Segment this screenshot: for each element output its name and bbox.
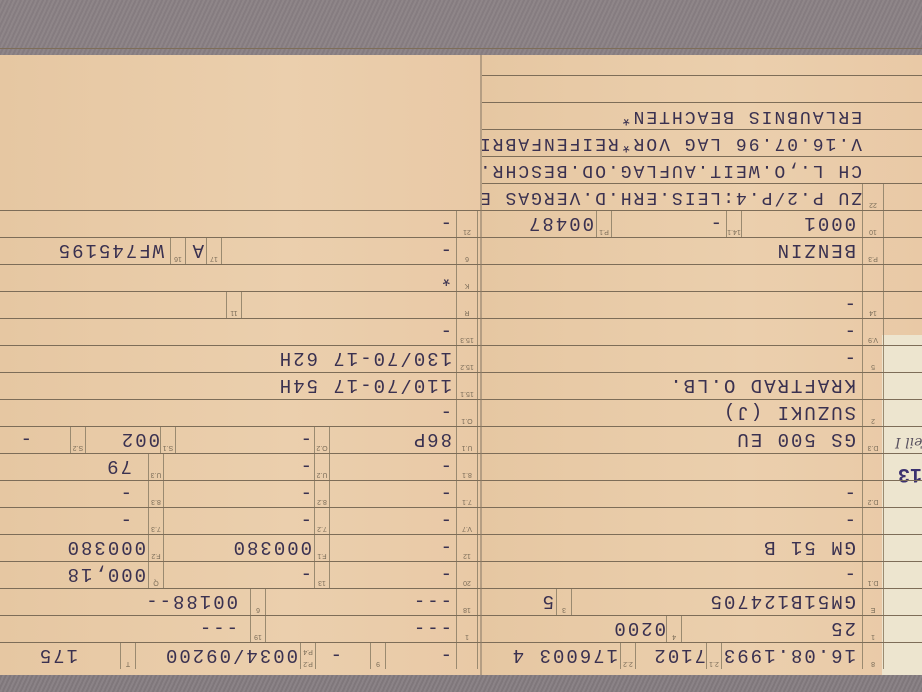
field-label: 14: [862, 292, 884, 318]
fuel-type: BENZIN: [776, 239, 856, 261]
row-blank: [482, 264, 922, 291]
field-value: -: [331, 644, 342, 666]
remarks-text: ERLAUBNIS BEACHTEN*: [619, 106, 862, 126]
field-label: O.1: [456, 400, 478, 426]
field-value: -: [441, 536, 452, 558]
engine-displacement: 00487: [527, 212, 594, 234]
document-page-left-section: - 9 - P.2 P.4 0034/09200 T 175 1 --- 19 …: [0, 55, 482, 675]
max-weight: 000380: [232, 536, 312, 558]
field-value: -: [301, 482, 312, 504]
vehicle-class: KRAFTRAD O.LB.: [668, 374, 856, 396]
vin-number: GM51B124705: [709, 590, 856, 612]
field-label: F.1: [314, 535, 330, 561]
field-label: 15.3: [456, 319, 478, 345]
max-speed: 175: [38, 644, 78, 666]
field-label: 13: [314, 562, 330, 588]
field-value: ---: [198, 617, 238, 639]
manufacturer-name: SUZUKI (J): [722, 401, 856, 423]
field-value: -: [845, 482, 856, 504]
field-value: *: [441, 266, 452, 288]
field-value: -: [301, 563, 312, 585]
power-rpm: 0034/09200: [164, 644, 298, 666]
field-label: 11: [226, 292, 242, 318]
field-value: -: [441, 563, 452, 585]
row-15-1: 15.1 110/70-17 54H: [0, 372, 482, 399]
field-label: 20: [456, 562, 478, 588]
field-label: 2.1: [706, 643, 722, 669]
field-label: 1: [862, 616, 884, 642]
field-label: 10: [862, 211, 884, 237]
field-value: -: [845, 320, 856, 342]
row-15-2: 15.2 130/70-17 62H: [0, 345, 482, 372]
field-value: -: [21, 428, 32, 450]
field-value: -: [301, 428, 312, 450]
row-5: 5 -: [482, 345, 922, 372]
field-label: 6: [250, 589, 266, 615]
field-value: -: [441, 401, 452, 423]
field-value: -: [845, 563, 856, 585]
field-label: 15.1: [456, 373, 478, 399]
field-label: 5: [862, 346, 884, 372]
row-8: 8 16.08.1993 2.1 7102 2.2 176003 4: [482, 642, 922, 669]
row-P3: P.3 BENZIN: [482, 237, 922, 264]
document-page-right-section: 0013 g Teil I ik 8 16.08.1993 2.1 7102 2…: [482, 55, 922, 675]
field-label: V.9: [862, 319, 884, 345]
field-label: 12: [456, 535, 478, 561]
field-value: -: [845, 509, 856, 531]
field-value: -: [845, 293, 856, 315]
field-label: T: [120, 643, 136, 669]
row-E: E GM51B124705 3 5: [482, 588, 922, 615]
field-value: 5: [541, 590, 554, 612]
model-code: GM 51 B: [762, 536, 856, 558]
field-value: 25: [829, 617, 856, 639]
field-value: -: [441, 482, 452, 504]
field-label: [456, 643, 478, 669]
row-V7: V.7 - 7.2 - 7.3 -: [0, 507, 482, 534]
field-value: -: [845, 347, 856, 369]
field-label: U.2: [314, 454, 330, 480]
field-label: U.1: [456, 427, 478, 453]
seats: 002: [120, 428, 160, 450]
field-label: U.3: [148, 454, 164, 480]
field-label: R: [456, 292, 478, 318]
field-label: 19: [250, 616, 266, 642]
field-label: 8.1: [456, 454, 478, 480]
field-label: 2: [862, 400, 884, 426]
field-label: S.2: [70, 427, 86, 453]
field-value: -: [121, 482, 132, 504]
field-value: 00188--: [144, 590, 238, 612]
field-label: P.3: [862, 238, 884, 264]
field-label: D.3: [862, 427, 884, 453]
field-label: K: [456, 265, 478, 291]
row-1: 1 25 4 0200: [482, 615, 922, 642]
row-8-1: 8.1 - U.2 - U.3 79: [0, 453, 482, 480]
document-number: WF745195: [57, 239, 164, 261]
field-label: D.2: [862, 481, 884, 507]
row-blank: -: [482, 507, 922, 534]
field-label: 7.2: [314, 508, 330, 534]
row-15-3: 15.3 -: [0, 318, 482, 345]
row-K: K *: [0, 264, 482, 291]
row-D1: D.1 -: [482, 561, 922, 588]
row-D3: D.3 GS 500 EU: [482, 426, 922, 453]
field-label: O.2: [314, 427, 330, 453]
row-21: 21 -: [0, 210, 482, 237]
row-20: 20 - 13 - Q 000,18: [0, 561, 482, 588]
row-D2: D.2 -: [482, 480, 922, 507]
field-value: -: [121, 509, 132, 531]
field-value: -: [711, 212, 722, 234]
field-label: V.7: [456, 508, 478, 534]
field-label: 14.1: [726, 211, 742, 237]
field-value: -: [441, 320, 452, 342]
field-label: 16: [170, 238, 186, 264]
field-label: 6: [456, 238, 478, 264]
row-O1: O.1 -: [0, 399, 482, 426]
field-label: 4: [666, 616, 682, 642]
row-U1: U.1 86P O.2 - S.1 002 S.2 -: [0, 426, 482, 453]
field-label: 8: [862, 643, 884, 669]
field-label: 8.2: [314, 481, 330, 507]
field-value: -: [441, 212, 452, 234]
field-value: 0200: [612, 617, 666, 639]
field-label: 21: [456, 211, 478, 237]
field-value: ---: [412, 590, 452, 612]
field-value: -: [441, 644, 452, 666]
field-label: [862, 454, 884, 480]
sound-level: 79: [105, 455, 132, 477]
row-10: 10 0001 14.1 - P.1 00487: [482, 210, 922, 237]
row-model-code: GM 51 B: [482, 534, 922, 561]
rear-tyre-size: 130/70-17 62H: [278, 347, 452, 369]
row-R: R 11: [0, 291, 482, 318]
field-label: 9: [370, 643, 386, 669]
page-fold: [480, 55, 482, 675]
front-tyre-size: 110/70-17 54H: [278, 374, 452, 396]
field-value: -: [441, 455, 452, 477]
field-label: 7.1: [456, 481, 478, 507]
field-label: 3: [556, 589, 572, 615]
row-blank: [482, 453, 922, 480]
field-value: -: [441, 239, 452, 261]
max-weight-2: 000380: [66, 536, 146, 558]
field-value: ---: [412, 617, 452, 639]
field-label: Q: [148, 562, 164, 588]
manufacturer-code: 7102: [652, 644, 706, 666]
row-7-1: 7.1 - 8.2 - 8.3 -: [0, 480, 482, 507]
field-label: 2.2: [620, 643, 636, 669]
model-name: GS 500 EU: [735, 428, 856, 450]
row-weights: - 9 - P.2 P.4 0034/09200 T 175: [0, 642, 482, 669]
field-label: 17: [206, 238, 222, 264]
row-2: 2 SUZUKI (J): [482, 399, 922, 426]
row-12: 12 - F.1 000380 F.2 000380: [0, 534, 482, 561]
field-label: F.2: [148, 535, 164, 561]
field-label: 18: [456, 589, 478, 615]
row-14: 14 -: [482, 291, 922, 318]
field-label: E: [862, 589, 884, 615]
field-label: 15.2: [456, 346, 478, 372]
field-label: P.2 P.4: [300, 643, 316, 669]
power-weight: 000,18: [66, 563, 146, 585]
field-label: 1: [456, 616, 478, 642]
row-18: 18 --- 6 00188--: [0, 588, 482, 615]
field-label: 8.3: [148, 481, 164, 507]
field-value: -: [301, 455, 312, 477]
field-label: [862, 265, 884, 291]
field-label: 22: [862, 184, 884, 210]
row-vehicle-class: KRAFTRAD O.LB.: [482, 372, 922, 399]
registration-document: 0013 g Teil I ik 8 16.08.1993 2.1 7102 2…: [0, 55, 922, 675]
row-1: 1 --- 19 ---: [0, 615, 482, 642]
field-label: P.1: [596, 211, 612, 237]
registration-date: 16.08.1993: [722, 644, 856, 666]
field-label: 7.3: [148, 508, 164, 534]
field-label: [862, 508, 884, 534]
field-label: S.1: [160, 427, 176, 453]
type-code: 176003 4: [511, 644, 618, 666]
field-value: -: [301, 509, 312, 531]
row-6: 6 - 17 A 16 WF745195: [0, 237, 482, 264]
field-value: -: [441, 509, 452, 531]
row-V9: V.9 -: [482, 318, 922, 345]
field-value: A: [191, 239, 204, 261]
field-label: D.1: [862, 562, 884, 588]
noise-value: 86P: [412, 428, 452, 450]
field-label: [862, 535, 884, 561]
field-value: 0001: [802, 212, 856, 234]
field-label: [862, 373, 884, 399]
